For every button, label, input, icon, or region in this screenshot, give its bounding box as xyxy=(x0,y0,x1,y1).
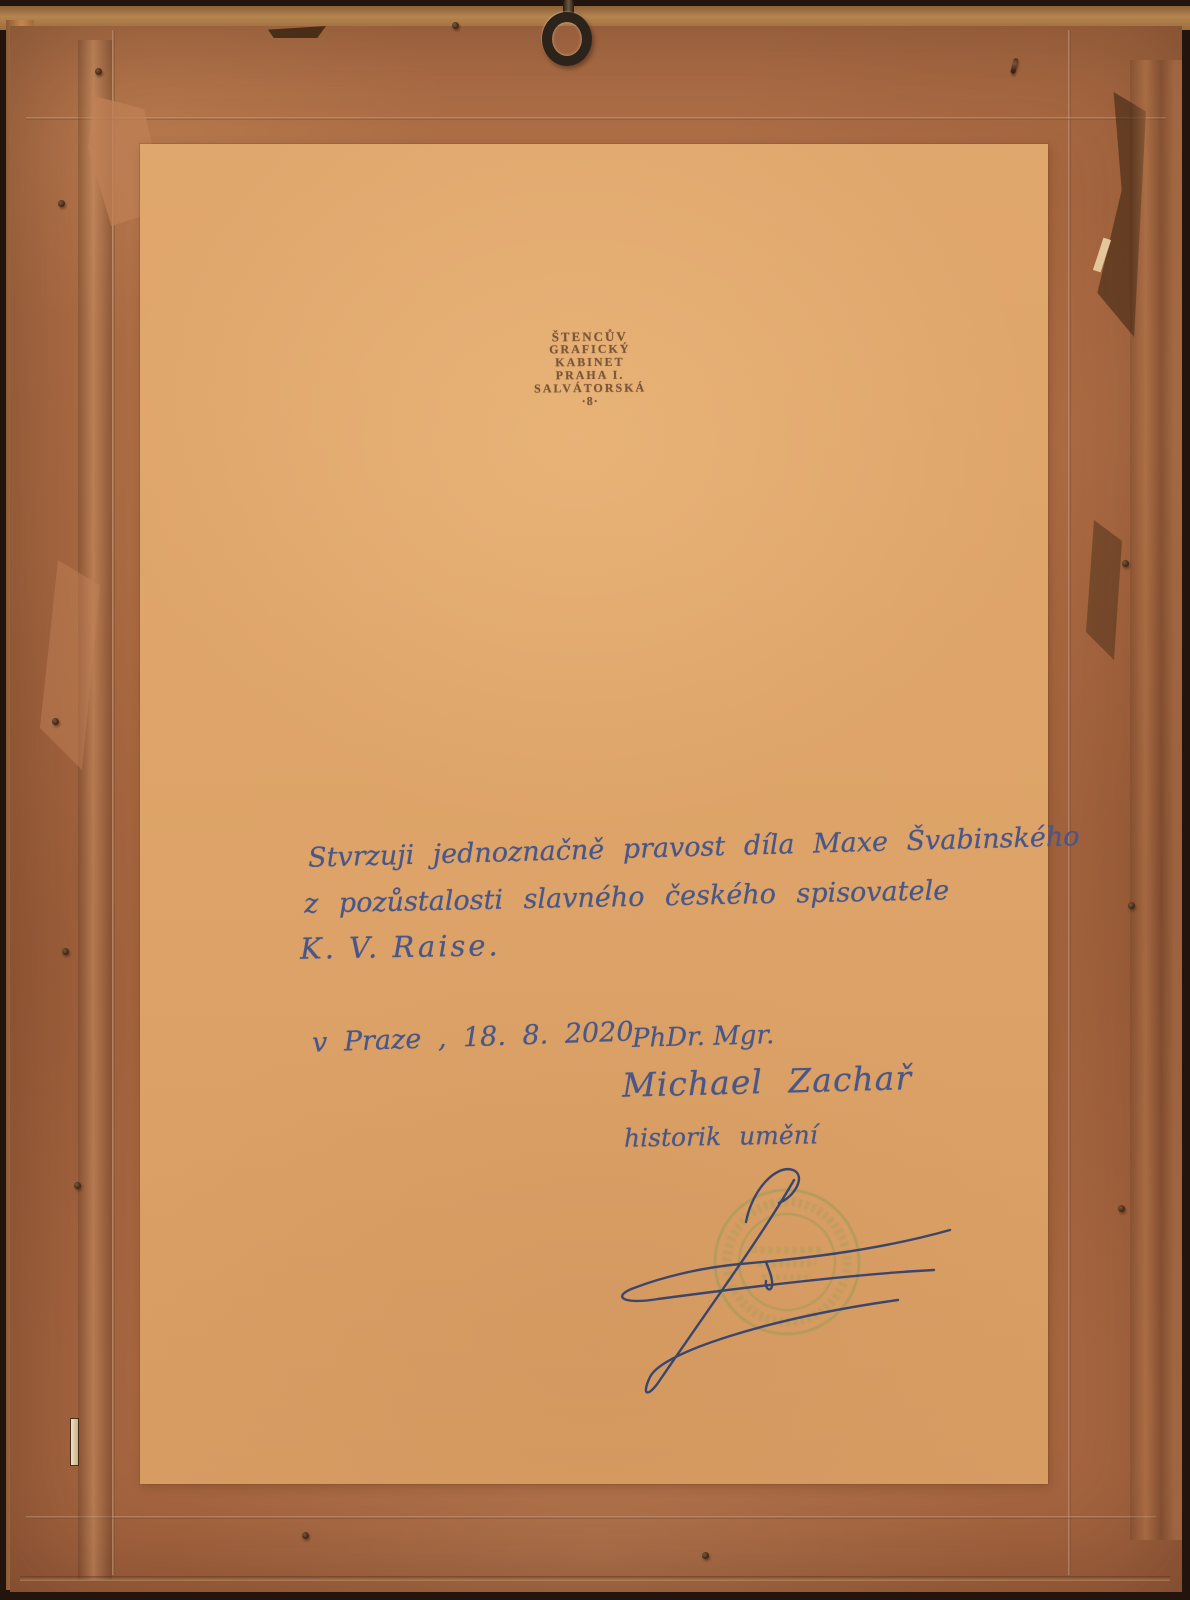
inscription-expert-name: Michael Zachař xyxy=(622,1058,913,1105)
inscription-line3: K. V. Raise. xyxy=(300,928,501,965)
publisher-stamp-line: ·8· xyxy=(440,394,740,410)
tack xyxy=(1128,902,1135,909)
tack xyxy=(52,718,59,725)
inscription-academic-title: PhDr. Mgr. xyxy=(632,1020,775,1054)
staple-left-bottom xyxy=(70,1418,79,1466)
crumpled-tape-right xyxy=(1130,60,1182,1540)
backing-crease-bottom xyxy=(20,1576,1170,1581)
tack xyxy=(702,1552,709,1559)
tack xyxy=(62,948,69,955)
tack xyxy=(95,68,102,75)
tack xyxy=(1122,560,1129,567)
tape-edge-left xyxy=(112,30,115,1575)
tack xyxy=(302,1532,309,1539)
backing-crease-left xyxy=(78,40,112,1580)
tack xyxy=(452,22,459,29)
hanging-ring xyxy=(542,12,592,66)
tape-edge-top xyxy=(26,117,1166,120)
inscription-role: historik umění xyxy=(624,1120,818,1152)
tape-edge-bottom xyxy=(26,1516,1156,1519)
tack xyxy=(74,1182,81,1189)
tack xyxy=(58,200,65,207)
photo-back-of-frame: ŠTENCŮV GRAFICKÝ KABINET PRAHA I. SALVÁT… xyxy=(0,0,1190,1600)
tack xyxy=(1118,1205,1125,1212)
publisher-stamp: ŠTENCŮV GRAFICKÝ KABINET PRAHA I. SALVÁT… xyxy=(440,329,741,410)
tape-edge-right xyxy=(1068,30,1071,1575)
